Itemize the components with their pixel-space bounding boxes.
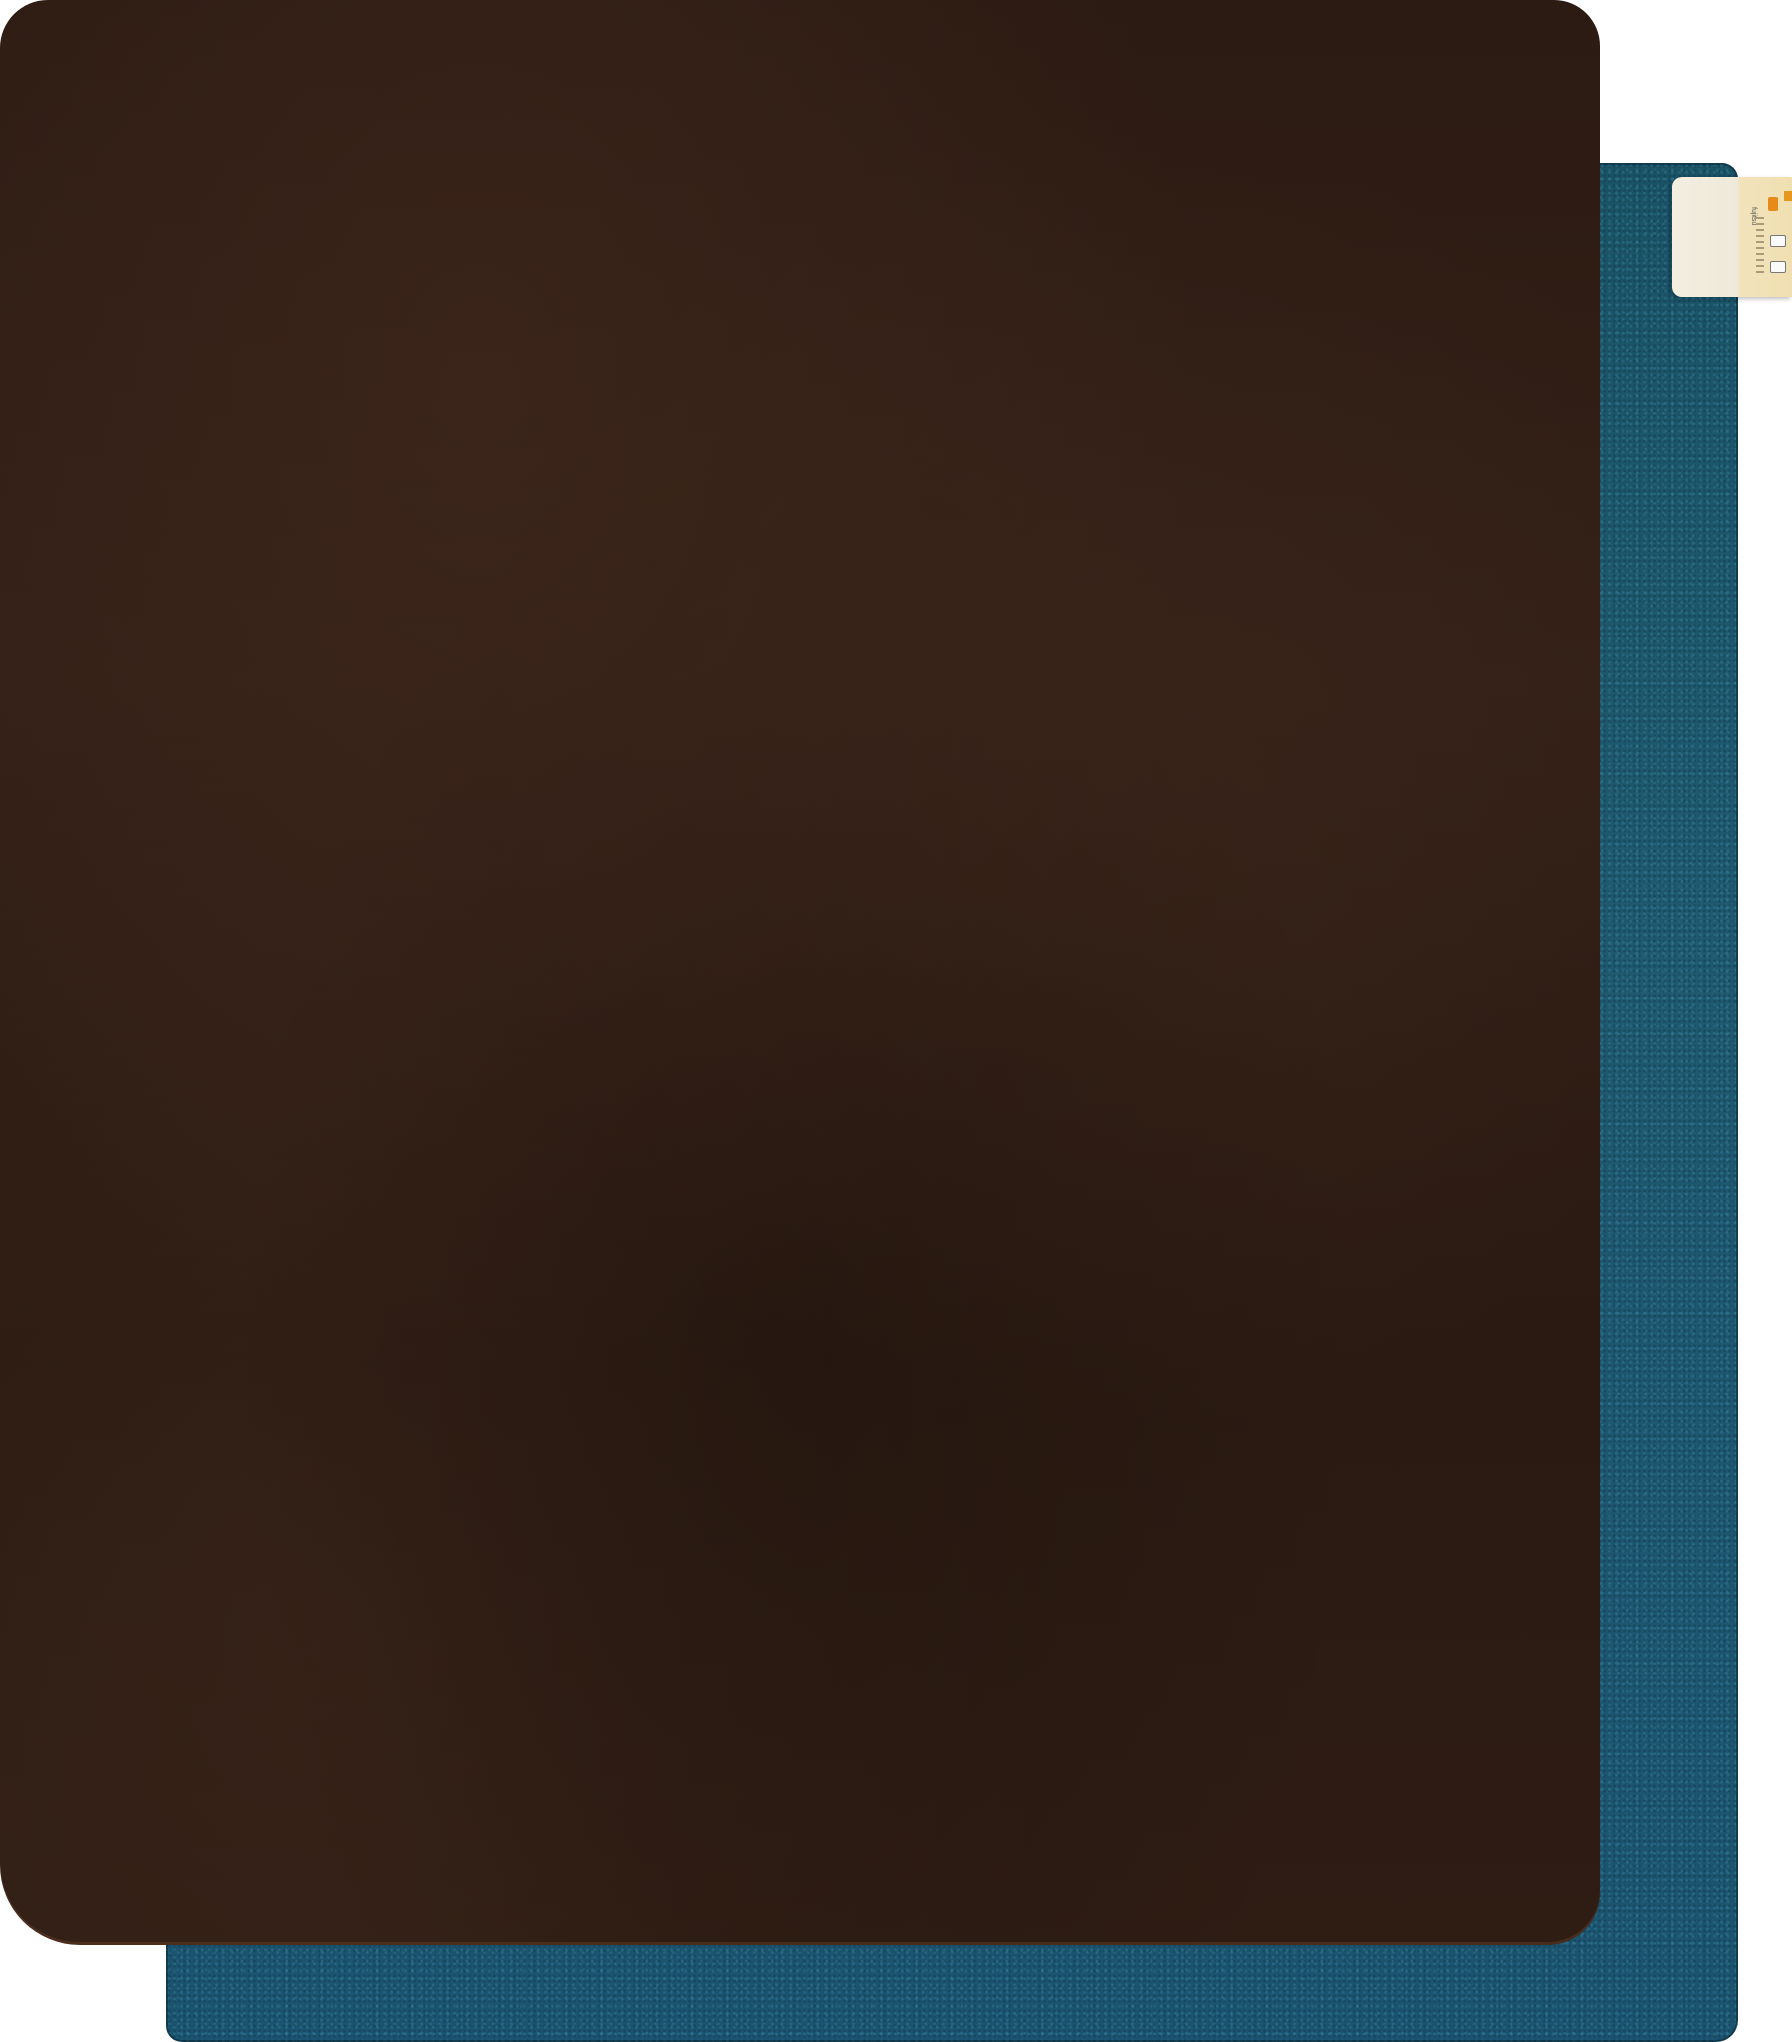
controller-unit: fujitsu [1672,177,1792,297]
rug-cover [0,0,1600,1945]
controller-display-icon [1768,197,1778,211]
controller-label-text [1756,217,1764,277]
controller-button-down [1770,261,1786,273]
controller-indicator-icon [1784,191,1792,201]
controller-button-up [1770,235,1786,247]
